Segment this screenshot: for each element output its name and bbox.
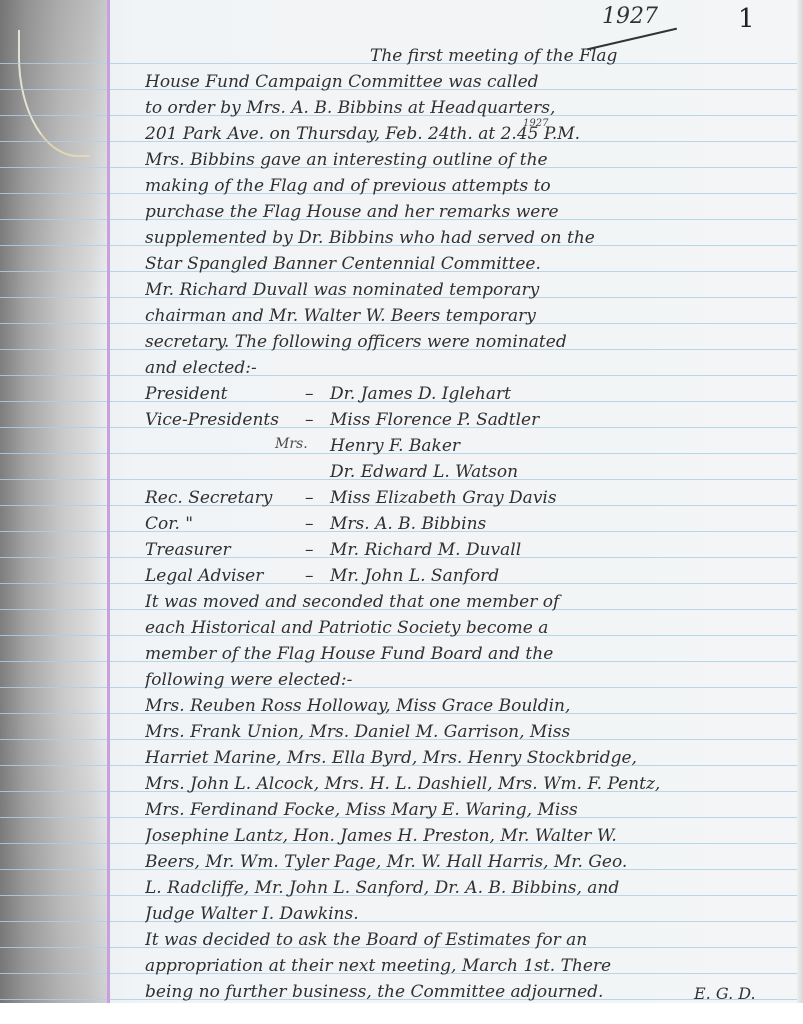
page-number: 1 <box>738 4 755 34</box>
text-line: It was decided to ask the Board of Estim… <box>145 930 783 950</box>
officer-row: Legal Adviser – Mr. John L. Sanford <box>145 566 783 590</box>
text-line: appropriation at their next meeting, Mar… <box>145 956 783 976</box>
text-line: Judge Walter I. Dawkins. <box>145 904 783 924</box>
text-line: following were elected:- <box>145 670 783 690</box>
text-line: member of the Flag House Fund Board and … <box>145 644 783 664</box>
text-line: Mrs. Ferdinand Focke, Miss Mary E. Warin… <box>145 800 783 820</box>
text-line: Mrs. John L. Alcock, Mrs. H. L. Dashiell… <box>145 774 783 794</box>
margin-line <box>107 0 110 1003</box>
page-edge <box>797 0 803 1003</box>
officer-row: Rec. Secretary – Miss Elizabeth Gray Dav… <box>145 488 783 512</box>
text-line: Star Spangled Banner Centennial Committe… <box>145 254 783 274</box>
text-line: L. Radcliffe, Mr. John L. Sanford, Dr. A… <box>145 878 783 898</box>
text-line: purchase the Flag House and her remarks … <box>145 202 783 222</box>
dash: – <box>305 384 314 404</box>
text-line: Beers, Mr. Wm. Tyler Page, Mr. W. Hall H… <box>145 852 783 872</box>
officer-name: Dr. James D. Iglehart <box>330 384 511 404</box>
officer-row: Vice-Presidents – Miss Florence P. Sadtl… <box>145 410 783 434</box>
officer-title: Legal Adviser <box>145 566 295 586</box>
text-line: Mr. Richard Duvall was nominated tempora… <box>145 280 783 300</box>
officer-name: Mrs. A. B. Bibbins <box>330 514 486 534</box>
scan-border <box>0 1003 803 1024</box>
text-line: secretary. The following officers were n… <box>145 332 783 352</box>
officer-row: Cor. " – Mrs. A. B. Bibbins <box>145 514 783 538</box>
text-line: supplemented by Dr. Bibbins who had serv… <box>145 228 783 248</box>
officer-title: Rec. Secretary <box>145 488 295 508</box>
text-line: each Historical and Patriotic Society be… <box>145 618 783 638</box>
officer-name: Miss Florence P. Sadtler <box>330 410 539 430</box>
officer-row: Treasurer – Mr. Richard M. Duvall <box>145 540 783 564</box>
notebook-page: 1927 1 The first meeting of the Flag Hou… <box>0 0 803 1003</box>
dash: – <box>305 566 314 586</box>
text-line: 201 Park Ave. on Thursday, Feb. 24th. at… <box>145 124 783 144</box>
officer-name: Miss Elizabeth Gray Davis <box>330 488 557 508</box>
officer-title: President <box>145 384 295 404</box>
officer-title: Cor. " <box>145 514 295 534</box>
text-line: It was moved and seconded that one membe… <box>145 592 783 612</box>
officer-title: Treasurer <box>145 540 295 560</box>
dash: – <box>305 540 314 560</box>
text-line: Mrs. Frank Union, Mrs. Daniel M. Garriso… <box>145 722 783 742</box>
text-line: chairman and Mr. Walter W. Beers tempora… <box>145 306 783 326</box>
signature-initials: E. G. D. <box>694 984 756 1003</box>
text-line: Mrs. Bibbins gave an interesting outline… <box>145 150 783 170</box>
dash: – <box>305 410 314 430</box>
dash: – <box>305 488 314 508</box>
binding-shadow <box>0 0 110 1003</box>
officer-name: Mr. John L. Sanford <box>330 566 499 586</box>
officer-prefix: Mrs. <box>275 436 308 452</box>
text-line: being no further business, the Committee… <box>145 982 683 1002</box>
officer-row: Mrs. Henry F. Baker <box>145 436 783 460</box>
text-line: Mrs. Reuben Ross Holloway, Miss Grace Bo… <box>145 696 783 716</box>
text-line: Harriet Marine, Mrs. Ella Byrd, Mrs. Hen… <box>145 748 783 768</box>
text-line: making of the Flag and of previous attem… <box>145 176 783 196</box>
officer-row: Dr. Edward L. Watson <box>145 462 783 486</box>
text-line: The first meeting of the Flag <box>370 46 783 66</box>
officer-name: Henry F. Baker <box>330 436 460 456</box>
officer-row: President – Dr. James D. Iglehart <box>145 384 783 408</box>
officer-name: Dr. Edward L. Watson <box>330 462 518 482</box>
text-line: and elected:- <box>145 358 783 378</box>
dash: – <box>305 514 314 534</box>
text-line: House Fund Campaign Committee was called <box>145 72 783 92</box>
year-heading: 1927 <box>602 4 658 29</box>
text-line: to order by Mrs. A. B. Bibbins at Headqu… <box>145 98 783 118</box>
officer-title: Vice-Presidents <box>145 410 295 430</box>
officer-name: Mr. Richard M. Duvall <box>330 540 521 560</box>
text-line: Josephine Lantz, Hon. James H. Preston, … <box>145 826 783 846</box>
